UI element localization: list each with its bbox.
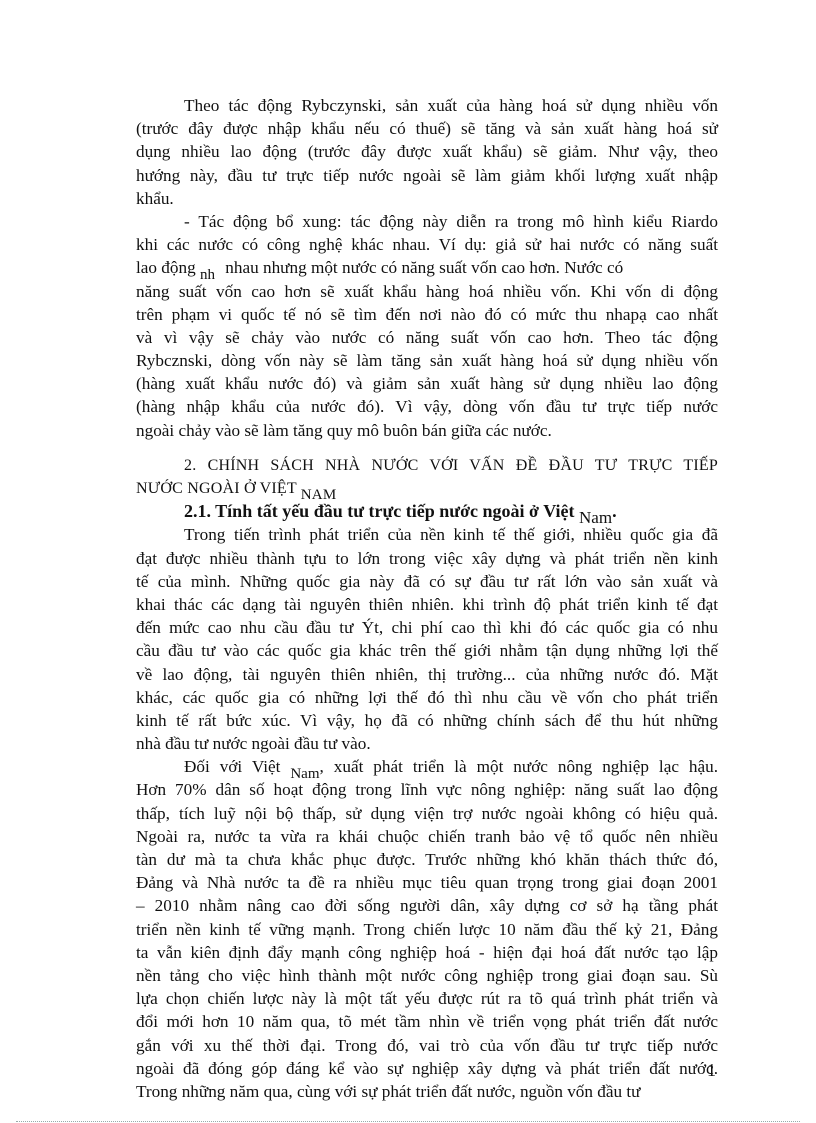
- text-line: (hàng xuất khẩu nước đó) và giảm sản xuấ…: [136, 372, 718, 395]
- text-line: (trước đây được nhập khẩu nếu có thuế) s…: [136, 117, 718, 140]
- text-line: nhà đầu tư nước ngoài đầu tư vào.: [136, 732, 718, 755]
- text-line: ta vẫn kiên định đẩy mạnh công nghiệp ho…: [136, 941, 718, 964]
- text-line: đạt được nhiều thành tựu to lớn trong vi…: [136, 547, 718, 570]
- text-line: Theo tác động Rybczynski, sản xuất của h…: [136, 94, 718, 117]
- text-line: Rybcznski, dòng vốn này sẽ làm tăng sản …: [136, 349, 718, 372]
- section-heading: 2. CHÍNH SÁCH NHÀ NƯỚC VỚI VẤN ĐỀ ĐẦU TƯ…: [136, 454, 718, 500]
- text-line: lao động nh nhau nhưng một nước có năng …: [136, 256, 718, 279]
- text-line: Ngoài ra, nước ta vừa ra khái chuộc chiế…: [136, 825, 718, 848]
- text-line: lựa chọn chiến lược này là một tất yếu đ…: [136, 987, 718, 1010]
- text-line: đến mức cao nhu cầu đầu tư Ýt, chi phí c…: [136, 616, 718, 639]
- text-line: Trong tiến trình phát triển của nền kinh…: [136, 523, 718, 546]
- section-heading-line: 2. CHÍNH SÁCH NHÀ NƯỚC VỚI VẤN ĐỀ ĐẦU TƯ…: [136, 454, 718, 477]
- text-line: ngoài chảy vào sẽ làm tăng quy mô buôn b…: [136, 419, 718, 442]
- page-break-divider: [16, 1121, 800, 1122]
- paragraph-rybczynski: Theo tác động Rybczynski, sản xuất của h…: [136, 94, 718, 210]
- text-line: triển nền kinh tế vững mạnh. Trong chiến…: [136, 918, 718, 941]
- text-fragment: nhau nhưng một nước có năng suất vốn cao…: [219, 258, 623, 277]
- text-line: Đảng và Nhà nước ta đề ra nhiều mục tiêu…: [136, 871, 718, 894]
- text-line: và vì vậy sẽ chảy vào nước có năng suất …: [136, 326, 718, 349]
- page-number: 1: [707, 1060, 716, 1081]
- text-line: Hơn 70% dân số hoạt động trong lĩnh vực …: [136, 778, 718, 801]
- text-fragment: Đối với Việt: [184, 757, 280, 776]
- text-line: Đối với Việt Nam, xuất phát triển là một…: [136, 755, 718, 778]
- text-fragment: lao động: [136, 258, 196, 277]
- text-line: tàn dư mà ta chưa khắc phục được. Trước …: [136, 848, 718, 871]
- text-line: – 2010 nhằm nâng cao đời sống người dân,…: [136, 894, 718, 917]
- text-line: thấp, tích luỹ nội bộ thấp, sử dụng viện…: [136, 802, 718, 825]
- text-line: khác, các quốc gia có những lợi thế đó t…: [136, 686, 718, 709]
- spacer: [136, 442, 718, 454]
- text-fragment-lowered: Nam: [579, 508, 612, 527]
- text-line: về lao động, tài nguyên thiên nhiên, thị…: [136, 663, 718, 686]
- text-line: gắn với xu thế thời đại. Trong đó, vai t…: [136, 1034, 718, 1057]
- text-fragment-lowered: Nam: [290, 766, 319, 782]
- text-line: (hàng nhập khẩu của nước đó). Vì vậy, dò…: [136, 395, 718, 418]
- text-line: dụng nhiều lao động (trước đây được xuất…: [136, 140, 718, 163]
- text-line: nền tảng cho việc hình thành một nước cô…: [136, 964, 718, 987]
- text-line: năng suất vốn cao hơn sẽ xuất khẩu hàng …: [136, 280, 718, 303]
- text-fragment: .: [612, 501, 617, 521]
- subsection-heading: 2.1. Tính tất yếu đầu tư trực tiếp nước …: [136, 500, 718, 523]
- text-line: kinh tế rất bức xúc. Vì vậy, họ đã có nh…: [136, 709, 718, 732]
- text-line: trên phạm vi quốc tế nó sẽ tìm đến nơi n…: [136, 303, 718, 326]
- text-line: khẩu.: [136, 187, 718, 210]
- text-line: cầu đầu tư vào các quốc gia khác trên th…: [136, 639, 718, 662]
- text-fragment: , xuất phát triển là một nước nông nghiệ…: [320, 757, 719, 776]
- text-fragment-lowered: nh: [200, 267, 215, 283]
- text-line: khi các nước có công nghệ khác nhau. Ví …: [136, 233, 718, 256]
- document-page: Theo tác động Rybczynski, sản xuất của h…: [136, 94, 718, 1103]
- text-fragment-lowered: NAM: [301, 487, 337, 503]
- text-line: tế của mình. Những quốc gia này đã có sự…: [136, 570, 718, 593]
- section-heading-line: NƯỚC NGOÀI Ở VIỆT NAM: [136, 477, 718, 500]
- paragraph-complementary-effect: - Tác động bổ xung: tác động này diễn ra…: [136, 210, 718, 442]
- text-fragment: NƯỚC NGOÀI Ở VIỆT: [136, 480, 297, 497]
- paragraph-vietnam: Đối với Việt Nam, xuất phát triển là một…: [136, 755, 718, 1103]
- text-line: - Tác động bổ xung: tác động này diễn ra…: [136, 210, 718, 233]
- text-line: đổi mới hơn 10 năm qua, tõ mét tầm nhìn …: [136, 1010, 718, 1033]
- text-fragment: 2.1. Tính tất yếu đầu tư trực tiếp nước …: [184, 501, 575, 521]
- paragraph-development-trend: Trong tiến trình phát triển của nền kinh…: [136, 523, 718, 755]
- text-line: hướng này, đầu tư trực tiếp nước ngoài s…: [136, 164, 718, 187]
- text-line: khai thác các dạng tài nguyên thiên nhiê…: [136, 593, 718, 616]
- text-line: Trong những năm qua, cùng với sự phát tr…: [136, 1080, 718, 1103]
- text-line: ngoài đã đóng góp đáng kể vào sự nghiệp …: [136, 1057, 718, 1080]
